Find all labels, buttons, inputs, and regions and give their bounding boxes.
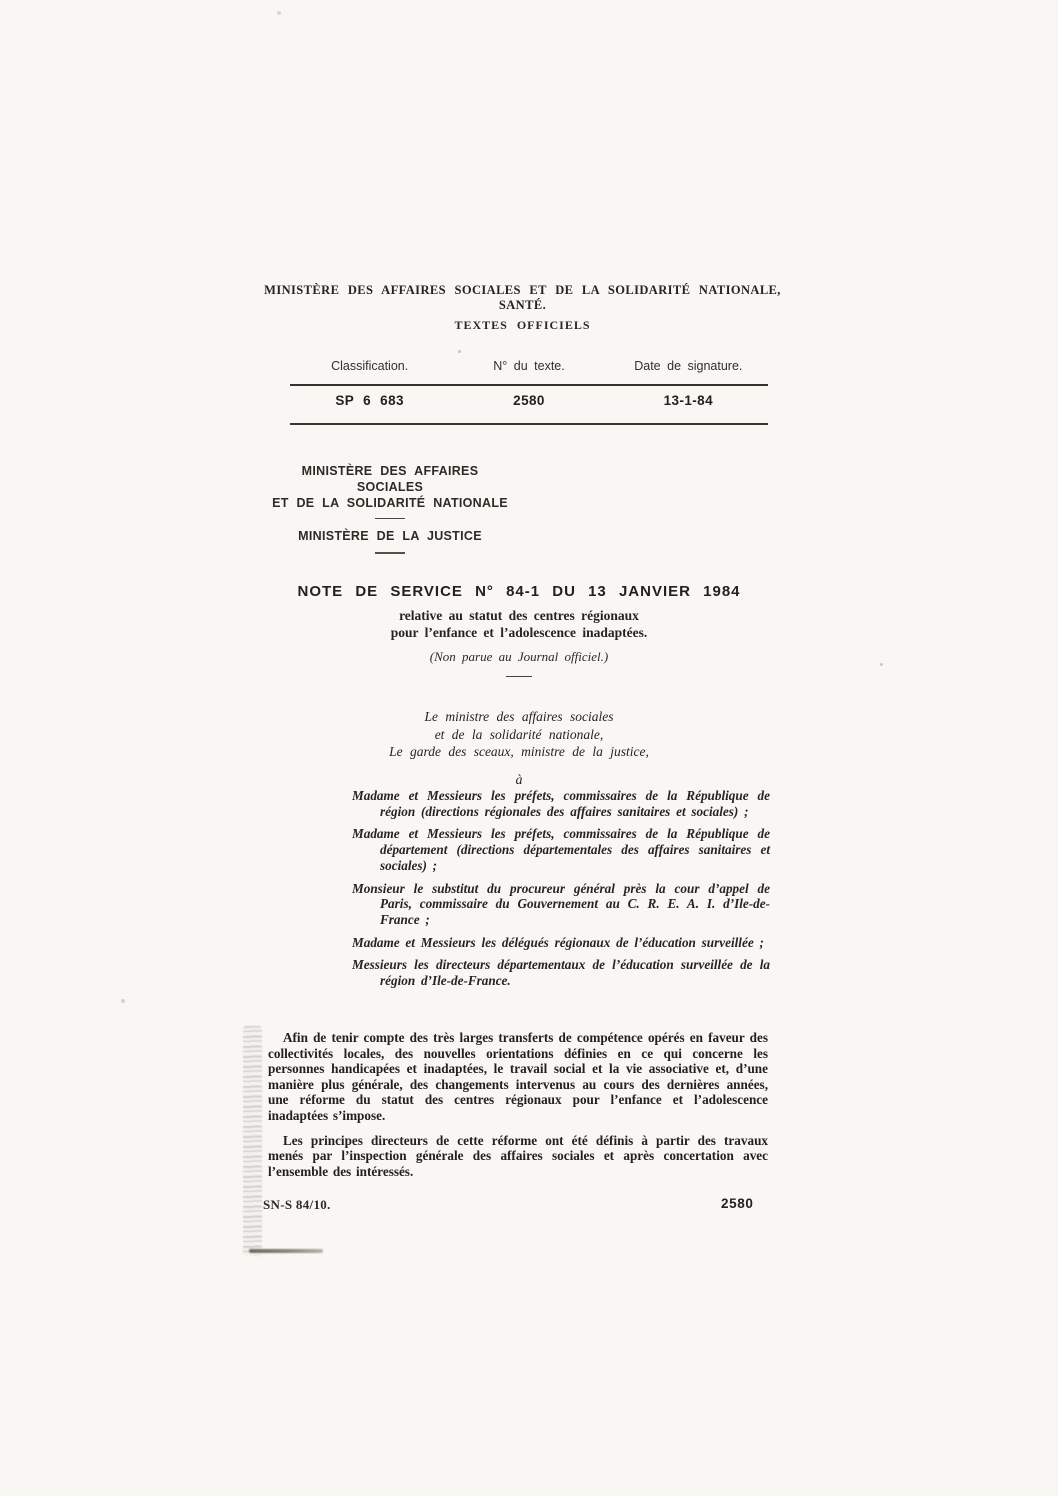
salutation-a: à — [249, 772, 789, 790]
ministry-separator — [375, 518, 405, 519]
body-text: Afin de tenir compte des très larges tra… — [268, 1030, 768, 1188]
value-date-signature: 13-1-84 — [609, 393, 768, 408]
scan-page-edge-bottom — [249, 1249, 323, 1253]
header-numero-texte: N° du texte. — [449, 357, 608, 375]
ministry-social-line2: ET DE LA SOLIDARITÉ NATIONALE — [268, 495, 512, 511]
scanned-document-page: MINISTÈRE DES AFFAIRES SOCIALES ET DE LA… — [0, 0, 1058, 1496]
addressee-item: Madame et Messieurs les préfets, commiss… — [352, 788, 770, 819]
reference-table: Classification. N° du texte. Date de sig… — [290, 357, 768, 425]
table-rule-bottom — [290, 423, 768, 425]
ministries-block: MINISTÈRE DES AFFAIRES SOCIALES ET DE LA… — [268, 463, 512, 554]
document-subtitle-line1: relative au statut des centres régionaux — [249, 607, 789, 624]
ministry-justice-separator — [375, 552, 405, 554]
reference-table-value-row: SP 6 683 2580 13-1-84 — [290, 386, 768, 414]
document-subtitle-line2: pour l’enfance et l’adolescence inadapté… — [249, 624, 789, 641]
title-separator — [506, 676, 532, 677]
publication-note: (Non parue au Journal officiel.) — [249, 649, 789, 665]
masthead: MINISTÈRE DES AFFAIRES SOCIALES ET DE LA… — [255, 283, 790, 333]
masthead-subtitle: TEXTES OFFICIELS — [255, 318, 790, 333]
scan-speck — [121, 999, 125, 1003]
salutation-line3: Le garde des sceaux, ministre de la just… — [249, 743, 789, 761]
ministry-justice: MINISTÈRE DE LA JUSTICE — [268, 528, 512, 544]
scan-noise-left-edge — [243, 1026, 262, 1256]
ministry-social-line1: MINISTÈRE DES AFFAIRES SOCIALES — [268, 463, 512, 495]
salutation-line2: et de la solidarité nationale, — [249, 726, 789, 744]
addressee-item: Madame et Messieurs les délégués régiona… — [352, 935, 770, 951]
value-classification: SP 6 683 — [290, 393, 449, 408]
header-date-signature: Date de signature. — [609, 357, 768, 375]
title-block: NOTE DE SERVICE N° 84-1 DU 13 JANVIER 19… — [249, 583, 789, 677]
addressee-item: Madame et Messieurs les préfets, commiss… — [352, 826, 770, 873]
body-paragraph: Les principes directeurs de cette réform… — [268, 1133, 768, 1180]
salutation-block: Le ministre des affaires sociales et de … — [249, 708, 789, 789]
scan-speck — [880, 663, 883, 666]
salutation-line1: Le ministre des affaires sociales — [249, 708, 789, 726]
footer-reference: SN-S 84/10. — [263, 1197, 331, 1213]
reference-table-header-row: Classification. N° du texte. Date de sig… — [290, 357, 768, 375]
body-paragraph: Afin de tenir compte des très larges tra… — [268, 1030, 768, 1124]
addressees-list: Madame et Messieurs les préfets, commiss… — [352, 788, 770, 996]
value-numero-texte: 2580 — [449, 393, 608, 408]
header-classification: Classification. — [290, 357, 449, 375]
footer-page-number: 2580 — [721, 1196, 753, 1211]
scan-speck — [277, 11, 281, 15]
scan-speck — [458, 350, 461, 353]
document-title: NOTE DE SERVICE N° 84-1 DU 13 JANVIER 19… — [249, 583, 789, 600]
addressee-item: Messieurs les directeurs départementaux … — [352, 957, 770, 988]
addressee-item: Monsieur le substitut du procureur génér… — [352, 881, 770, 928]
masthead-title: MINISTÈRE DES AFFAIRES SOCIALES ET DE LA… — [255, 283, 790, 313]
